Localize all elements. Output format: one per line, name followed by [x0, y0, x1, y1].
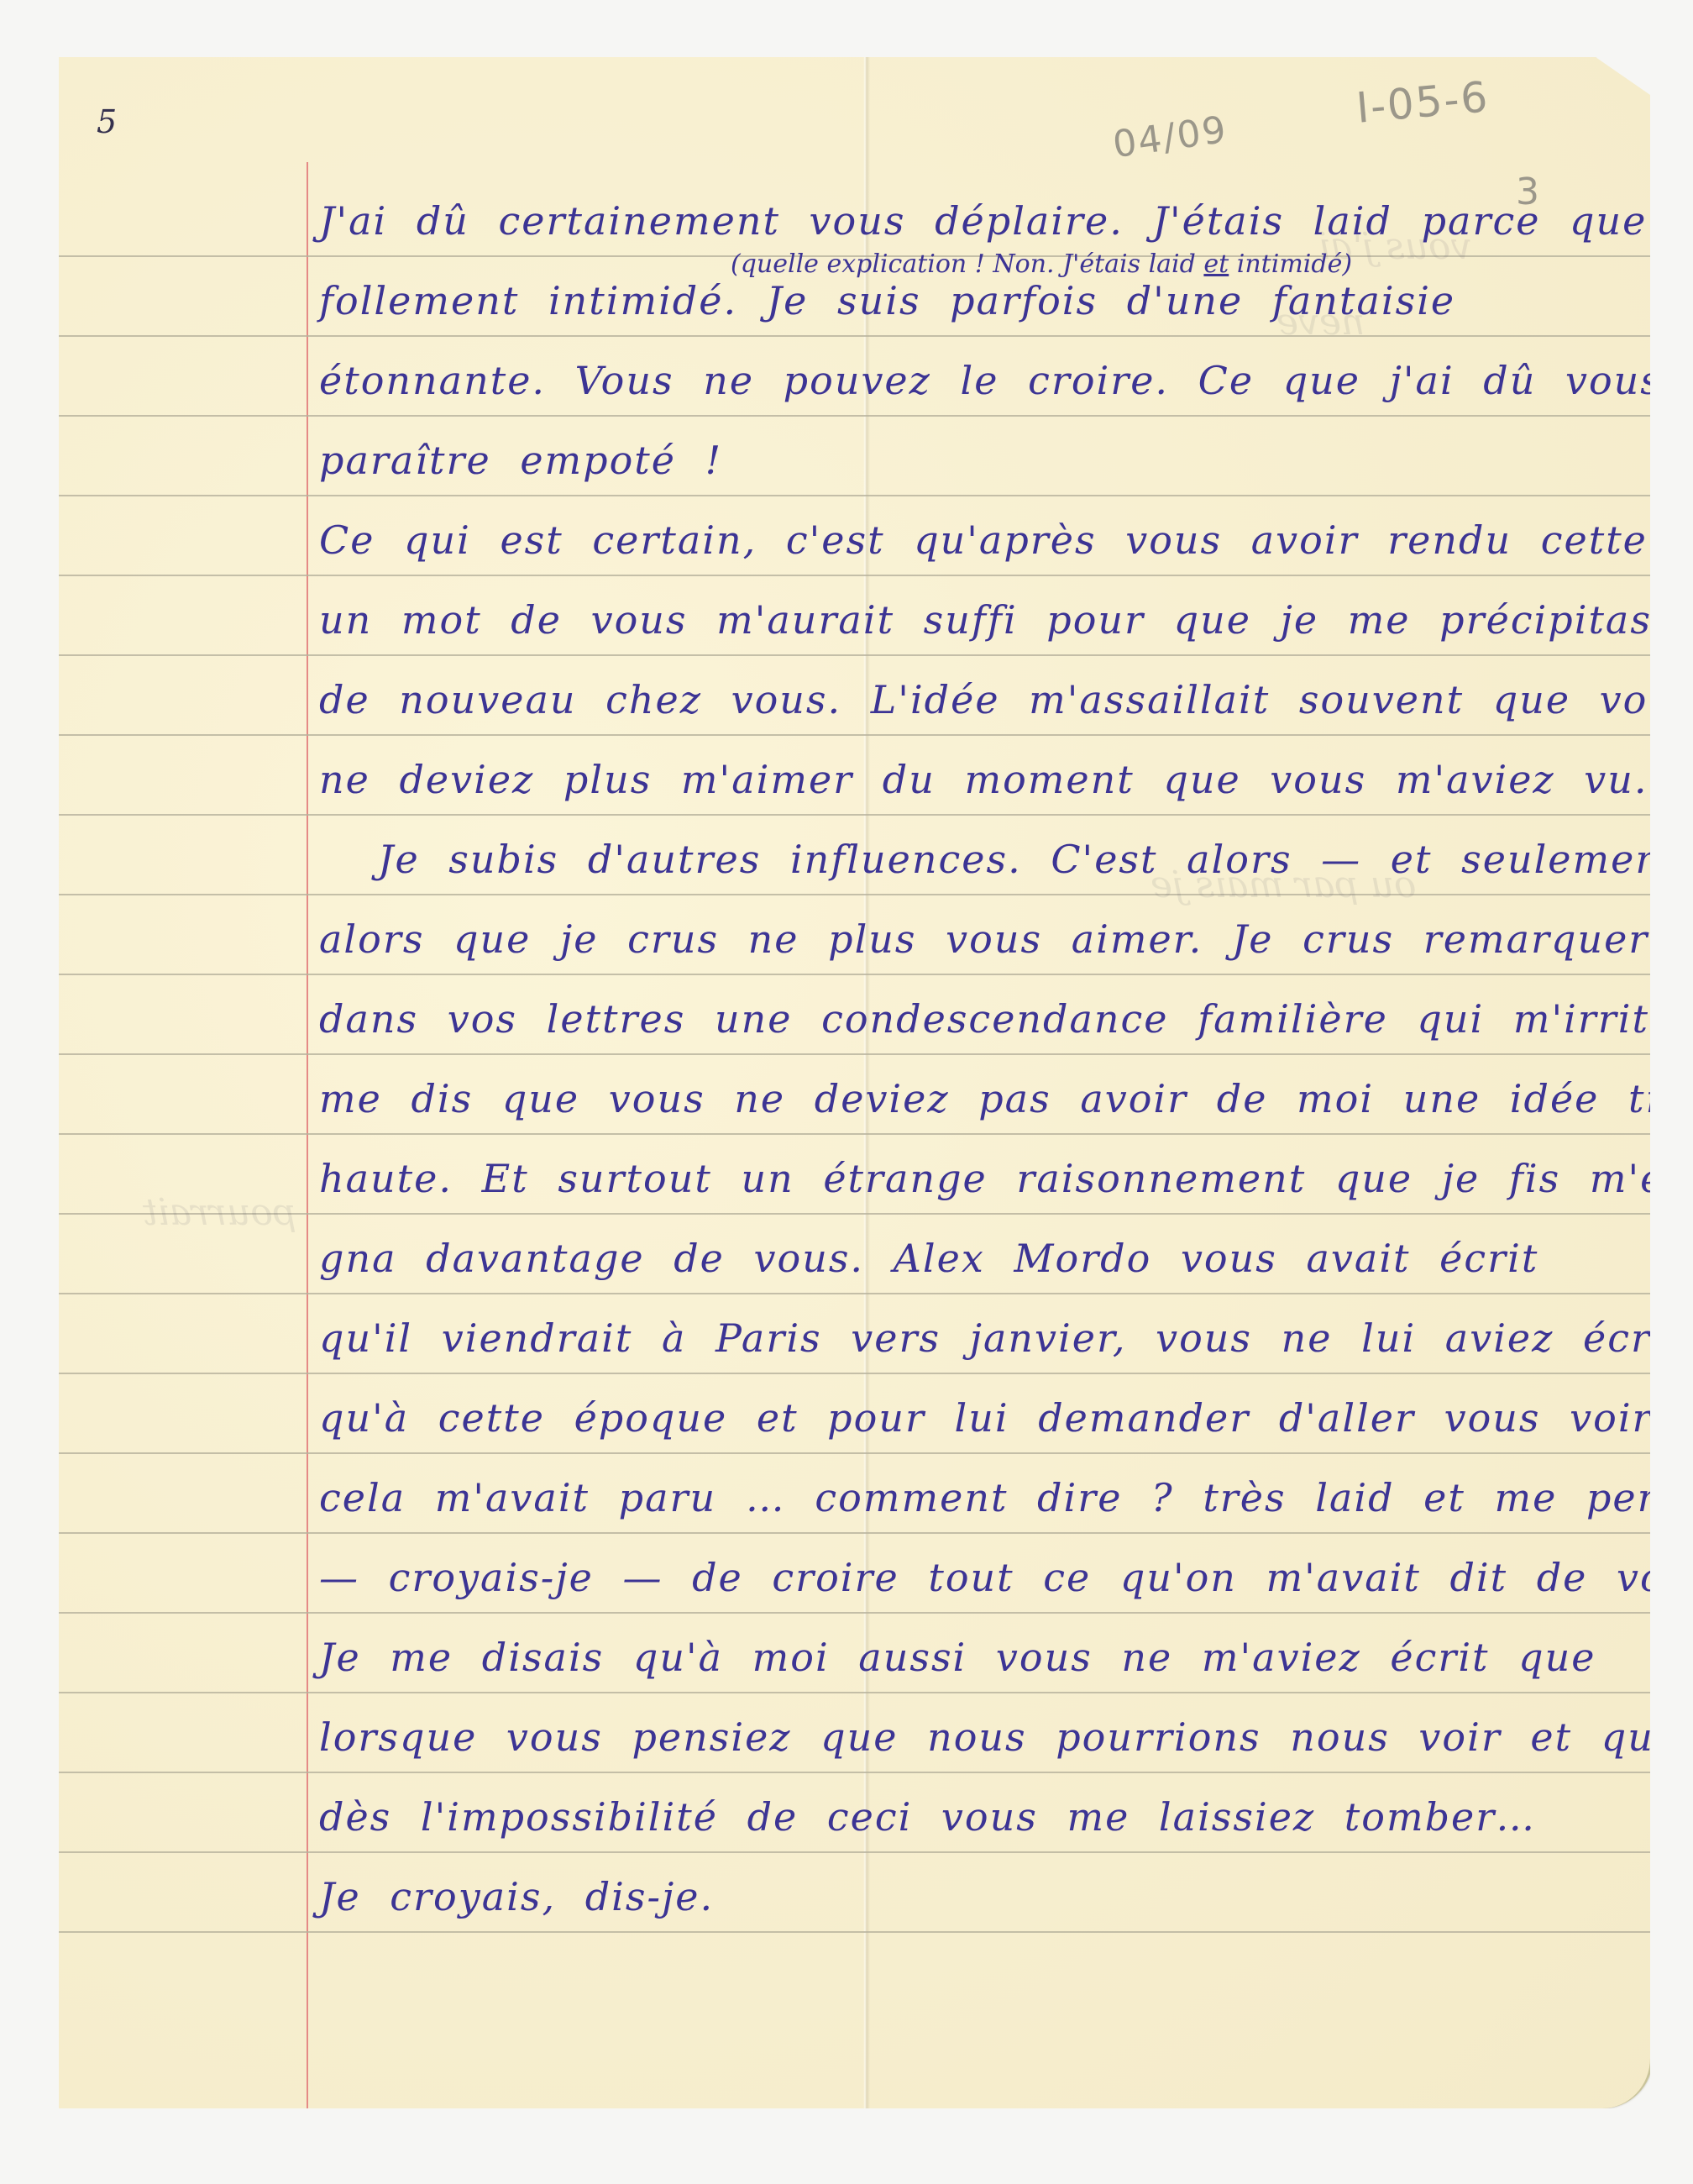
text-line: lorsque vous pensiez que nous pourrions … [319, 1714, 1679, 1760]
ruled-line [59, 495, 1650, 496]
ruled-line [59, 654, 1650, 656]
ruled-line [59, 1452, 1650, 1454]
annotation-text: (quelle explication ! Non. J'étais laid [731, 249, 1203, 279]
text-line: étonnante. Vous ne pouvez le croire. Ce … [319, 358, 1662, 403]
text-line: Je subis d'autres influences. C'est alor… [378, 837, 1679, 882]
text-line: dans vos lettres une condescendance fami… [319, 996, 1693, 1042]
ruled-line [59, 1053, 1650, 1055]
text-line: gna davantage de vous. Alex Mordo vous a… [319, 1236, 1538, 1281]
text-line: qu'à cette époque et pour lui demander d… [319, 1395, 1693, 1441]
text-line: J'ai dû certainement vous déplaire. J'ét… [319, 198, 1647, 244]
text-line: — croyais-je — de croire tout ce qu'on m… [319, 1555, 1693, 1600]
ruled-line [59, 1772, 1650, 1773]
ruled-line [59, 1133, 1650, 1135]
text-line: follement intimidé. Je suis parfois d'un… [319, 278, 1455, 323]
ruled-line [59, 1373, 1650, 1374]
ruled-line [59, 1532, 1650, 1534]
text-line: Ce qui est certain, c'est qu'après vous … [319, 517, 1693, 563]
text-line: paraître empoté ! [319, 438, 722, 483]
text-line: dès l'impossibilité de ceci vous me lais… [319, 1794, 1536, 1840]
ruled-line [59, 974, 1650, 975]
ruled-line [59, 734, 1650, 736]
ruled-line [59, 575, 1650, 576]
ruled-line [59, 1692, 1650, 1693]
text-line: Je me disais qu'à moi aussi vous ne m'av… [319, 1635, 1596, 1680]
text-line: qu'il viendrait à Paris vers janvier, vo… [319, 1315, 1682, 1361]
text-line: me dis que vous ne deviez pas avoir de m… [319, 1076, 1693, 1121]
annotation-text: intimidé) [1229, 249, 1352, 279]
ruled-line [59, 1612, 1650, 1614]
annotation-underlined-word: et [1203, 249, 1229, 279]
text-line: cela m'avait paru … comment dire ? très … [319, 1475, 1693, 1520]
text-line: ne deviez plus m'aimer du moment que vou… [319, 757, 1648, 802]
text-line: de nouveau chez vous. L'idée m'assaillai… [319, 677, 1693, 722]
ruled-line [59, 1293, 1650, 1294]
text-line: haute. Et surtout un étrange raisonnemen… [319, 1156, 1693, 1201]
ruled-line [59, 1213, 1650, 1215]
page-number: 5 [97, 103, 117, 140]
text-line: alors que je crus ne plus vous aimer. Je… [319, 916, 1648, 962]
margin-line [307, 162, 308, 2108]
letter-page: vous j'ai neve ou par mais je pourrait 5… [59, 57, 1653, 2108]
text-line: un mot de vous m'aurait suffi pour que j… [319, 597, 1693, 643]
bleed-through-text: pourrait [143, 1191, 296, 1234]
ruled-line [59, 814, 1650, 816]
interlinear-annotation: (quelle explication ! Non. J'étais laid … [731, 249, 1352, 279]
ruled-line [59, 1851, 1650, 1853]
ruled-line [59, 415, 1650, 417]
ruled-line [59, 335, 1650, 337]
text-line: Je croyais, dis-je. [319, 1874, 714, 1919]
ruled-line [59, 1931, 1650, 1933]
archive-reference: I-05-6 [1355, 72, 1491, 133]
date-mark: 04/09 [1110, 108, 1230, 167]
